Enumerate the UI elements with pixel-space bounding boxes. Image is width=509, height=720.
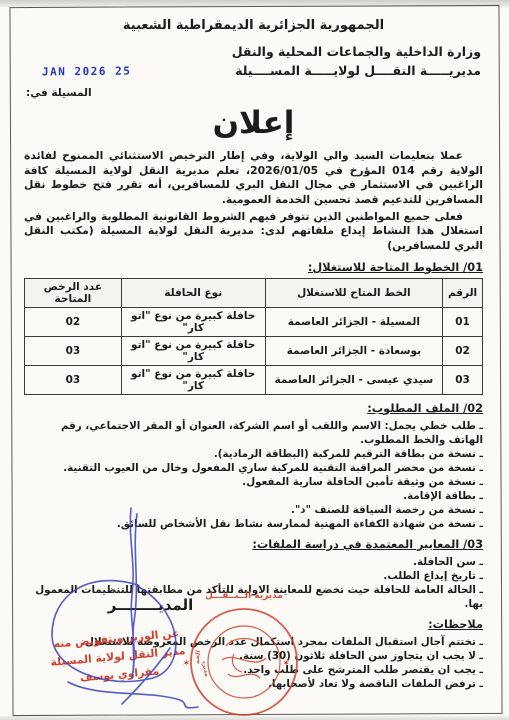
intro-paragraph-1: عملا بتعليمات السيد والي الولاية، وفي إط… — [24, 149, 483, 208]
list-item: ـ نسخة من محضر المراقبة التقنية للمركبة … — [24, 461, 483, 475]
column-header-license-count: عدد الرخص المتاحة — [25, 278, 122, 307]
scanned-announcement-document: الجمهورية الجزائرية الديمقراطية الشعبية … — [0, 0, 509, 720]
cell-line: المسيلة - الجزائر العاصمة — [265, 307, 443, 336]
document-header: وزارة الداخلية والجماعات المحلية والنقل … — [24, 43, 483, 95]
section-heading-required-file: 02/ الملف المطلوب: — [24, 402, 483, 415]
table-row: 02 بوسعادة - الجزائر العاصمة حافلة كبيرة… — [25, 336, 483, 365]
list-item: ـ طلب خطي يحمل: الاسم واللقب أو اسم الشر… — [24, 419, 483, 447]
stamp-star-right-icon: ✶ — [282, 659, 290, 669]
cell-license-count: 03 — [25, 336, 122, 365]
signature-stroke — [122, 648, 170, 704]
table-row: 01 المسيلة - الجزائر العاصمة حافلة كبيرة… — [25, 307, 483, 336]
stamp-emblem-script-2 — [228, 674, 260, 678]
page-title: إعلان — [24, 105, 483, 141]
cell-license-count: 03 — [25, 365, 122, 394]
signature-tail — [68, 682, 198, 708]
cell-line: سيدي عيسى - الجزائر العاصمة — [265, 365, 443, 394]
list-item: ـ نسخة من وثيقة تأمين الحافلة سارية المف… — [24, 475, 483, 489]
stamp-crescent — [232, 654, 242, 672]
cell-number: 03 — [443, 365, 483, 394]
cell-line: بوسعادة - الجزائر العاصمة — [265, 336, 443, 365]
column-header-bus-type: نوع الحافلة — [121, 278, 265, 307]
column-header-line: الخط المتاح للاستغلال — [265, 278, 443, 307]
column-header-number: الرقم — [443, 278, 483, 307]
handwritten-signature — [28, 500, 220, 718]
section-heading-lines: 01/ الخطوط المتاحة للاستغلال: — [24, 261, 483, 274]
place-date-label: المسيلة في: — [26, 87, 92, 99]
intro-paragraph-2: فعلى جميع المواطنين الذين تتوفر فيهم الش… — [24, 210, 483, 254]
republic-title: الجمهورية الجزائرية الديمقراطية الشعبية — [24, 18, 483, 33]
cell-number: 02 — [443, 336, 483, 365]
cell-license-count: 02 — [25, 307, 122, 336]
ministry-line: وزارة الداخلية والجماعات المحلية والنقل — [24, 43, 481, 62]
stamp-emblem-arc — [226, 639, 262, 647]
cell-bus-type: حافلة كبيرة من نوع "اتو كار" — [121, 365, 265, 394]
available-lines-table: الرقم الخط المتاح للاستغلال نوع الحافلة … — [24, 278, 483, 395]
signature-loop — [52, 581, 176, 682]
table-header-row: الرقم الخط المتاح للاستغلال نوع الحافلة … — [25, 278, 483, 307]
list-item: ـ نسخة من بطاقة الترقيم للمركبة (البطاقة… — [24, 447, 483, 461]
cell-number: 01 — [443, 307, 483, 336]
stamp-emblem-script — [222, 657, 266, 662]
date-stamp: 25 JAN 2026 — [42, 65, 131, 79]
table-row: 03 سيدي عيسى - الجزائر العاصمة حافلة كبي… — [25, 365, 483, 394]
cell-bus-type: حافلة كبيرة من نوع "اتو كار" — [121, 336, 265, 365]
cell-bus-type: حافلة كبيرة من نوع "اتو كار" — [121, 307, 265, 336]
